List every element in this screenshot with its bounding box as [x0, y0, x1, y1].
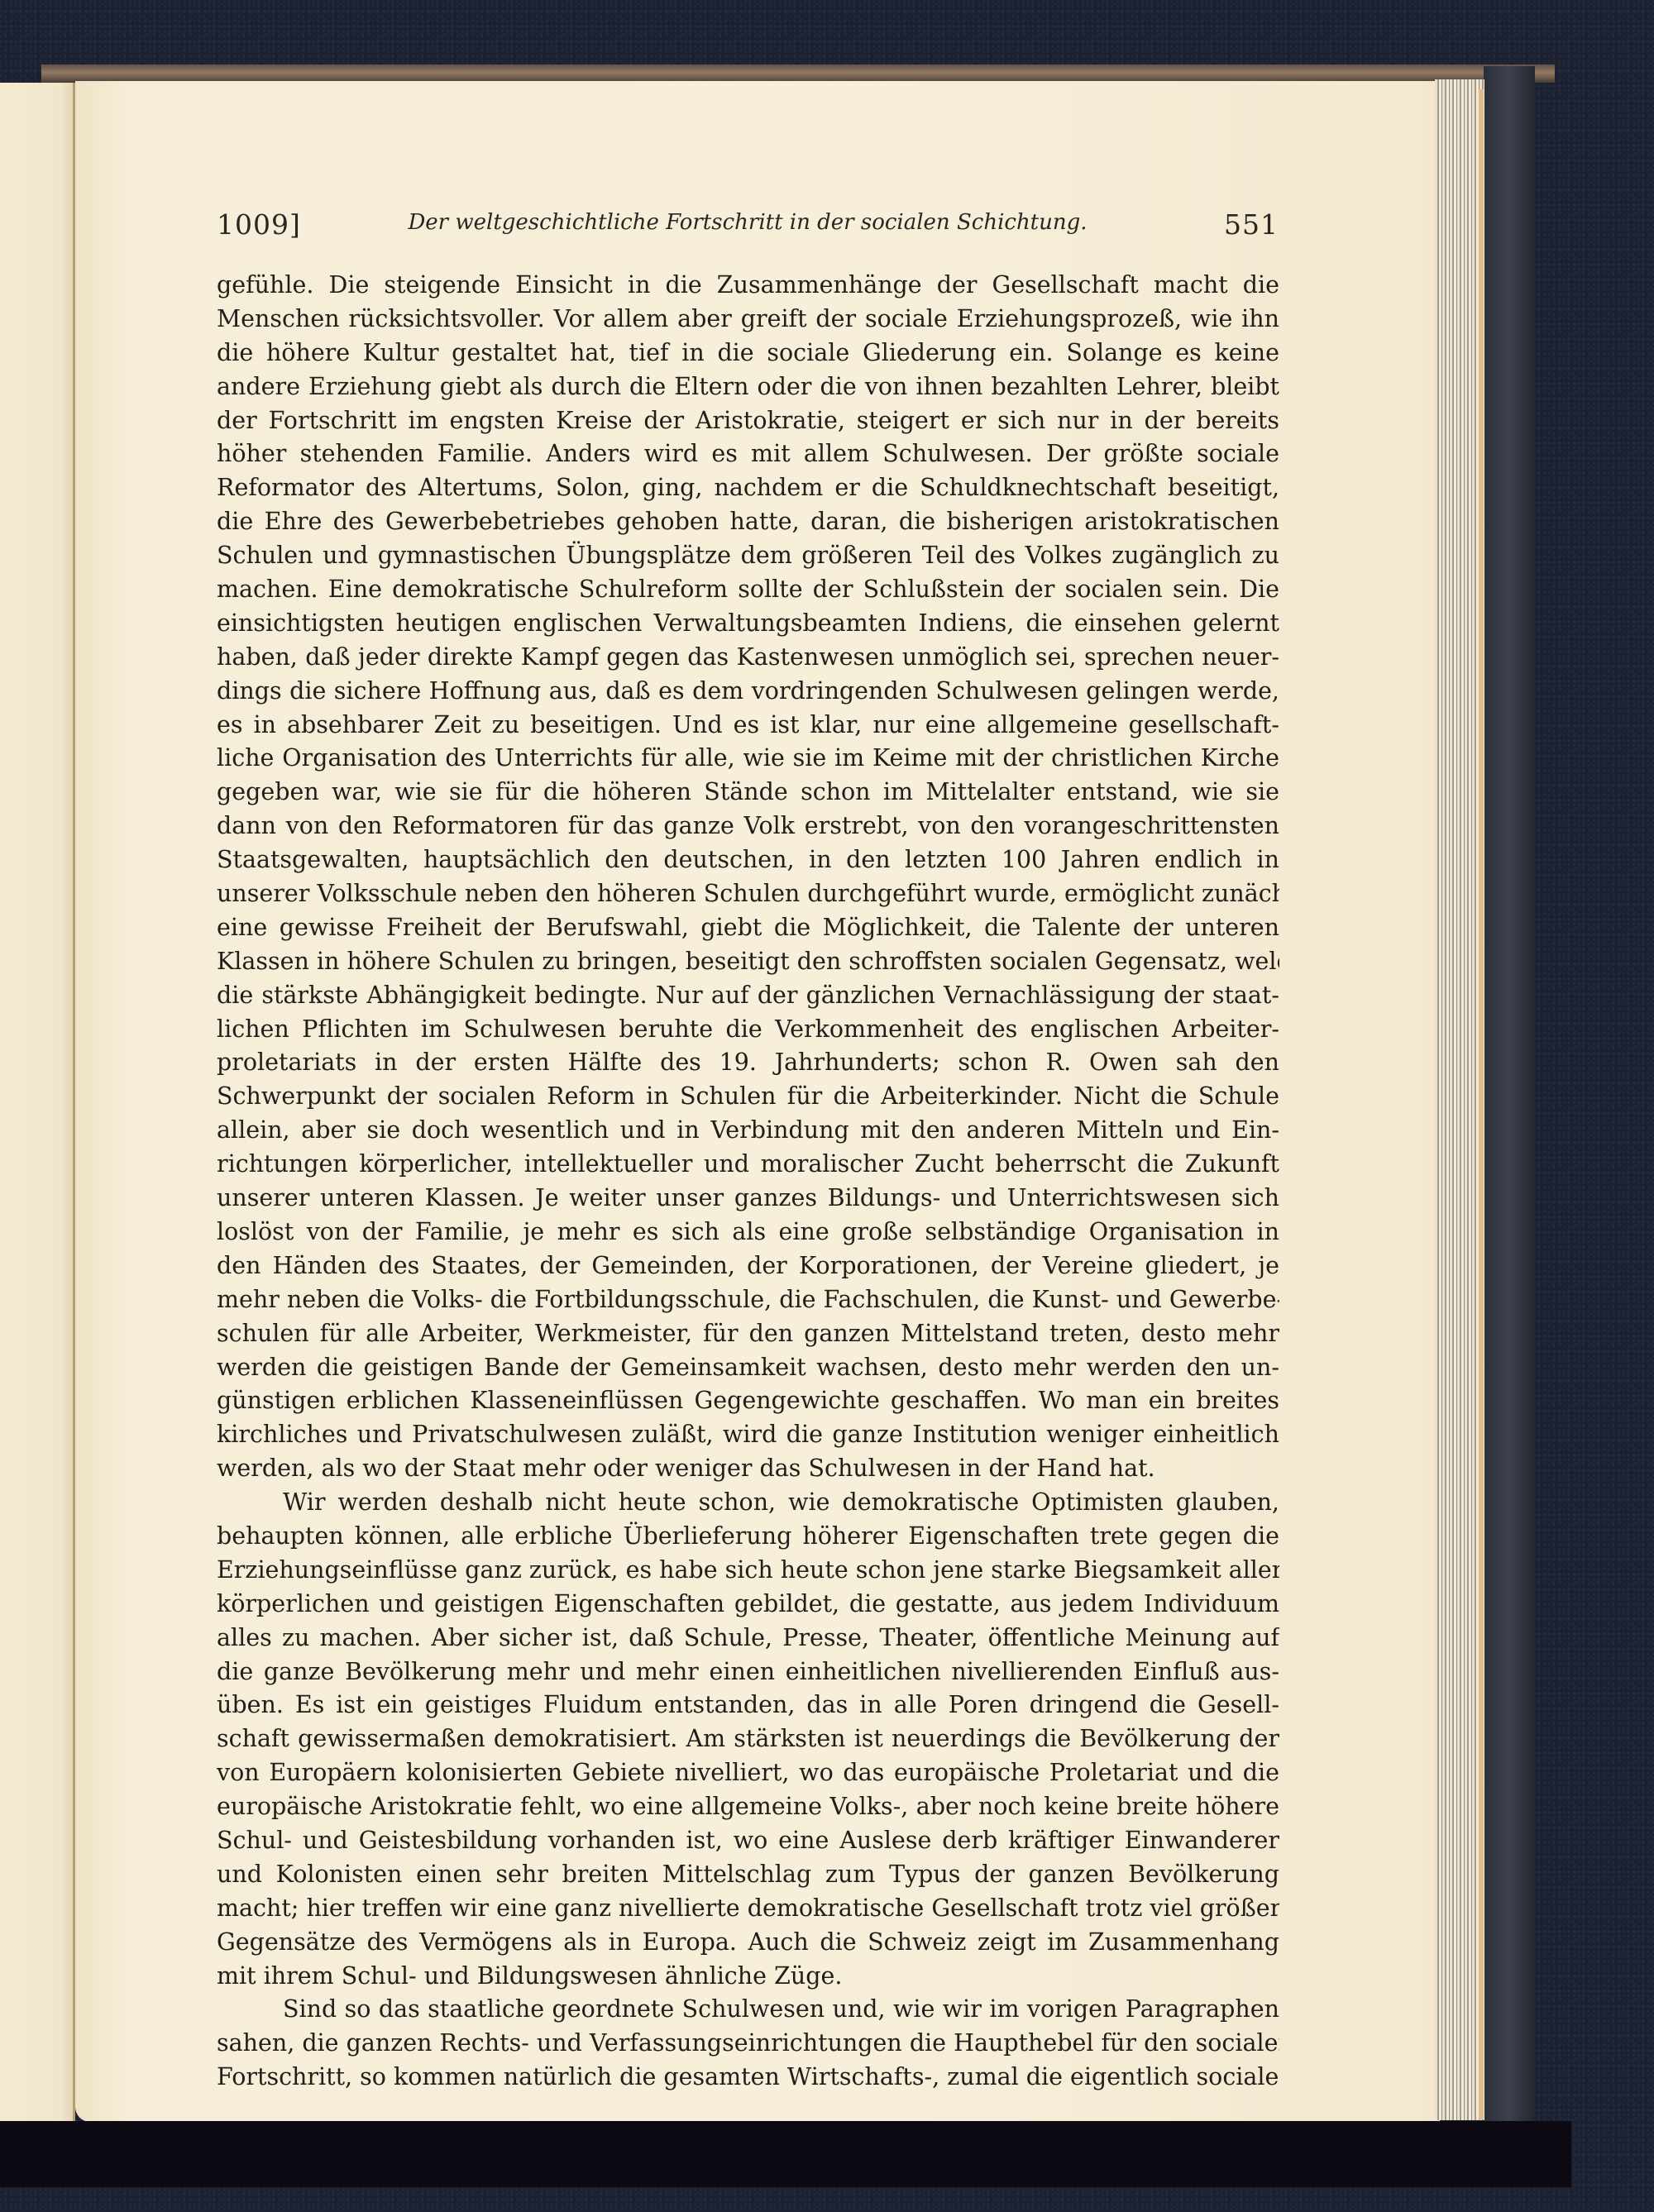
page-edges-stack — [1435, 79, 1484, 2120]
text-line: üben. Es ist ein geistiges Fluidum entst… — [217, 1689, 1279, 1722]
text-line: kirchliches und Privatschulwesen zuläßt,… — [217, 1418, 1279, 1452]
text-line: behaupten können, alle erbliche Überlief… — [217, 1520, 1279, 1554]
text-line: mit ihrem Schul- und Bildungswesen ähnli… — [217, 1960, 1279, 1994]
text-line: Gegensätze des Vermögens als in Europa. … — [217, 1926, 1279, 1960]
text-line: gefühle. Die steigende Einsicht in die Z… — [217, 269, 1279, 303]
text-line: unserer unteren Klassen. Je weiter unser… — [217, 1182, 1279, 1216]
text-line: gegeben war, wie sie für die höheren Stä… — [217, 776, 1279, 810]
text-line: die höhere Kultur gestaltet hat, tief in… — [217, 337, 1279, 370]
text-line: loslöst von der Familie, je mehr es sich… — [217, 1216, 1279, 1249]
text-line: Fortschritt, so kommen natürlich die ges… — [217, 2061, 1279, 2095]
text-line: alles zu machen. Aber sicher ist, daß Sc… — [217, 1622, 1279, 1655]
text-line: sahen, die ganzen Rechts- und Verfassung… — [217, 2027, 1279, 2061]
text-line: die stärkste Abhängigkeit bedingte. Nur … — [217, 979, 1279, 1013]
text-line: allein, aber sie doch wesentlich und in … — [217, 1114, 1279, 1148]
text-line: machen. Eine demokratische Schulreform s… — [217, 573, 1279, 607]
book-top-edge — [41, 64, 1555, 83]
text-line: Erziehungseinflüsse ganz zurück, es habe… — [217, 1554, 1279, 1588]
text-line: Menschen rücksichtsvoller. Vor allem abe… — [217, 303, 1279, 337]
text-line: schulen für alle Arbeiter, Werkmeister, … — [217, 1317, 1279, 1351]
text-line: den Händen des Staates, der Gemeinden, d… — [217, 1249, 1279, 1283]
running-head: 1009] Der weltgeschichtliche Fortschritt… — [217, 208, 1279, 245]
bottom-shadow — [0, 2121, 1571, 2187]
text-line: werden, als wo der Staat mehr oder wenig… — [217, 1452, 1279, 1486]
text-line: haben, daß jeder direkte Kampf gegen das… — [217, 641, 1279, 675]
text-line: die Ehre des Gewerbebetriebes gehoben ha… — [217, 505, 1279, 539]
text-line: europäische Aristokratie fehlt, wo eine … — [217, 1790, 1279, 1824]
text-line: der Fortschritt im engsten Kreise der Ar… — [217, 404, 1279, 438]
text-line: Schwerpunkt der socialen Reform in Schul… — [217, 1080, 1279, 1114]
text-line: körperlichen und geistigen Eigenschaften… — [217, 1588, 1279, 1622]
text-line: richtungen körperlicher, intellektueller… — [217, 1148, 1279, 1182]
text-line: und Kolonisten einen sehr breiten Mittel… — [217, 1858, 1279, 1892]
text-line: dann von den Reformatoren für das ganze … — [217, 810, 1279, 843]
text-line: macht; hier treffen wir eine ganz nivell… — [217, 1892, 1279, 1926]
text-line: eine gewisse Freiheit der Berufswahl, gi… — [217, 911, 1279, 945]
running-title: Der weltgeschichtliche Fortschritt in de… — [217, 210, 1279, 235]
text-line: Staatsgewalten, hauptsächlich den deutsc… — [217, 843, 1279, 877]
text-line: werden die geistigen Bande der Gemeinsam… — [217, 1351, 1279, 1385]
body-text: gefühle. Die steigende Einsicht in die Z… — [217, 269, 1279, 2095]
text-line: Reformator des Altertums, Solon, ging, n… — [217, 471, 1279, 505]
text-line: Schul- und Geistesbildung vorhanden ist,… — [217, 1824, 1279, 1858]
text-line: proletariats in der ersten Hälfte des 19… — [217, 1046, 1279, 1080]
text-line: Schulen und gymnastischen Übungsplätze d… — [217, 539, 1279, 573]
text-line: liche Organisation des Unterrichts für a… — [217, 742, 1279, 776]
text-line: mehr neben die Volks- die Fortbildungssc… — [217, 1283, 1279, 1317]
text-line: die ganze Bevölkerung mehr und mehr eine… — [217, 1655, 1279, 1689]
page-number: 551 — [1224, 208, 1279, 241]
left-page-edge — [0, 83, 74, 2124]
page-edge-gilt — [1479, 89, 1484, 2119]
text-line: Sind so das staatliche geordnete Schulwe… — [217, 1993, 1279, 2027]
text-line: einsichtigsten heutigen englischen Verwa… — [217, 607, 1279, 641]
book-cover-strip — [1484, 66, 1535, 2133]
text-line: günstigen erblichen Klasseneinflüssen Ge… — [217, 1384, 1279, 1418]
text-line: es in absehbarer Zeit zu beseitigen. Und… — [217, 709, 1279, 743]
text-line: dings die sichere Hoffnung aus, daß es d… — [217, 675, 1279, 709]
text-line: Klassen in höhere Schulen zu bringen, be… — [217, 945, 1279, 979]
text-line: höher stehenden Familie. Anders wird es … — [217, 437, 1279, 471]
text-line: lichen Pflichten im Schulwesen beruhte d… — [217, 1013, 1279, 1047]
text-line: von Europäern kolonisierten Gebiete nive… — [217, 1756, 1279, 1790]
text-line: Wir werden deshalb nicht heute schon, wi… — [217, 1486, 1279, 1520]
text-line: schaft gewissermaßen demokratisiert. Am … — [217, 1722, 1279, 1756]
text-line: unserer Volksschule neben den höheren Sc… — [217, 877, 1279, 911]
text-line: andere Erziehung giebt als durch die Elt… — [217, 370, 1279, 404]
